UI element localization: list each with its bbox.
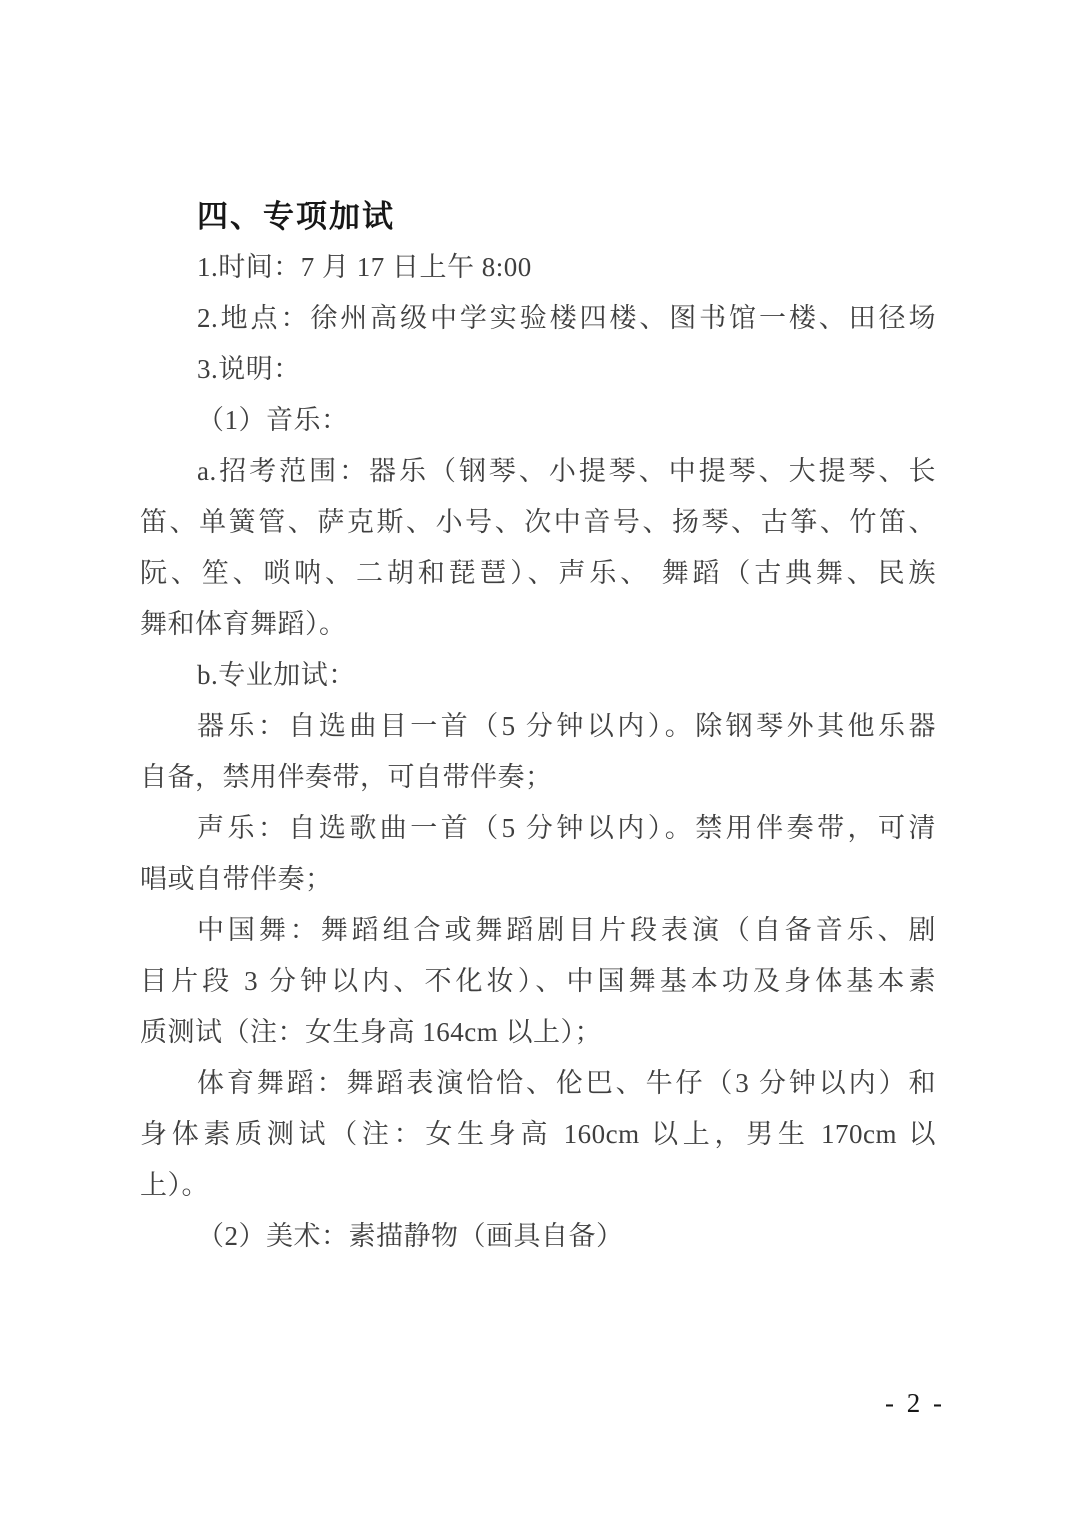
text-line: 阮、笙、唢呐、二胡和琵琶）、声乐、 舞蹈（古典舞、民族 — [140, 548, 936, 599]
text-line: 目片段 3 分钟以内、不化妆）、中国舞基本功及身体基本素 — [140, 956, 936, 1007]
text-line: （2）美术：素描静物（画具自备） — [140, 1211, 936, 1262]
text-line: a.招考范围：器乐（钢琴、小提琴、中提琴、大提琴、长 — [140, 446, 936, 497]
text-line: 笛、单簧管、萨克斯、小号、次中音号、扬琴、古筝、竹笛、 — [140, 497, 936, 548]
text-line: 上）。 — [140, 1160, 936, 1211]
document-page: 四、专项加试 1.时间：7 月 17 日上午 8:002.地点：徐州高级中学实验… — [0, 0, 1080, 1528]
section-heading: 四、专项加试 — [140, 191, 936, 242]
text-line: b.专业加试： — [140, 650, 936, 701]
text-line: 唱或自带伴奏； — [140, 854, 936, 905]
text-line: 器乐：自选曲目一首（5 分钟以内）。除钢琴外其他乐器 — [140, 701, 936, 752]
document-body: 四、专项加试 1.时间：7 月 17 日上午 8:002.地点：徐州高级中学实验… — [140, 191, 936, 1262]
text-line: 身体素质测试（注：女生身高 160cm 以上，男生 170cm 以 — [140, 1109, 936, 1160]
text-line: 自备，禁用伴奏带，可自带伴奏； — [140, 752, 936, 803]
text-line: 体育舞蹈：舞蹈表演恰恰、伦巴、牛仔（3 分钟以内）和 — [140, 1058, 936, 1109]
text-line: 舞和体育舞蹈）。 — [140, 599, 936, 650]
text-line: 1.时间：7 月 17 日上午 8:00 — [140, 242, 936, 293]
page-number: - 2 - — [855, 1383, 975, 1423]
text-line: 声乐：自选歌曲一首（5 分钟以内）。禁用伴奏带，可清 — [140, 803, 936, 854]
text-line: （1）音乐： — [140, 395, 936, 446]
text-line: 中国舞：舞蹈组合或舞蹈剧目片段表演（自备音乐、剧 — [140, 905, 936, 956]
text-line: 3.说明： — [140, 344, 936, 395]
text-line: 质测试（注：女生身高 164cm 以上）； — [140, 1007, 936, 1058]
text-line: 2.地点：徐州高级中学实验楼四楼、图书馆一楼、田径场 — [140, 293, 936, 344]
